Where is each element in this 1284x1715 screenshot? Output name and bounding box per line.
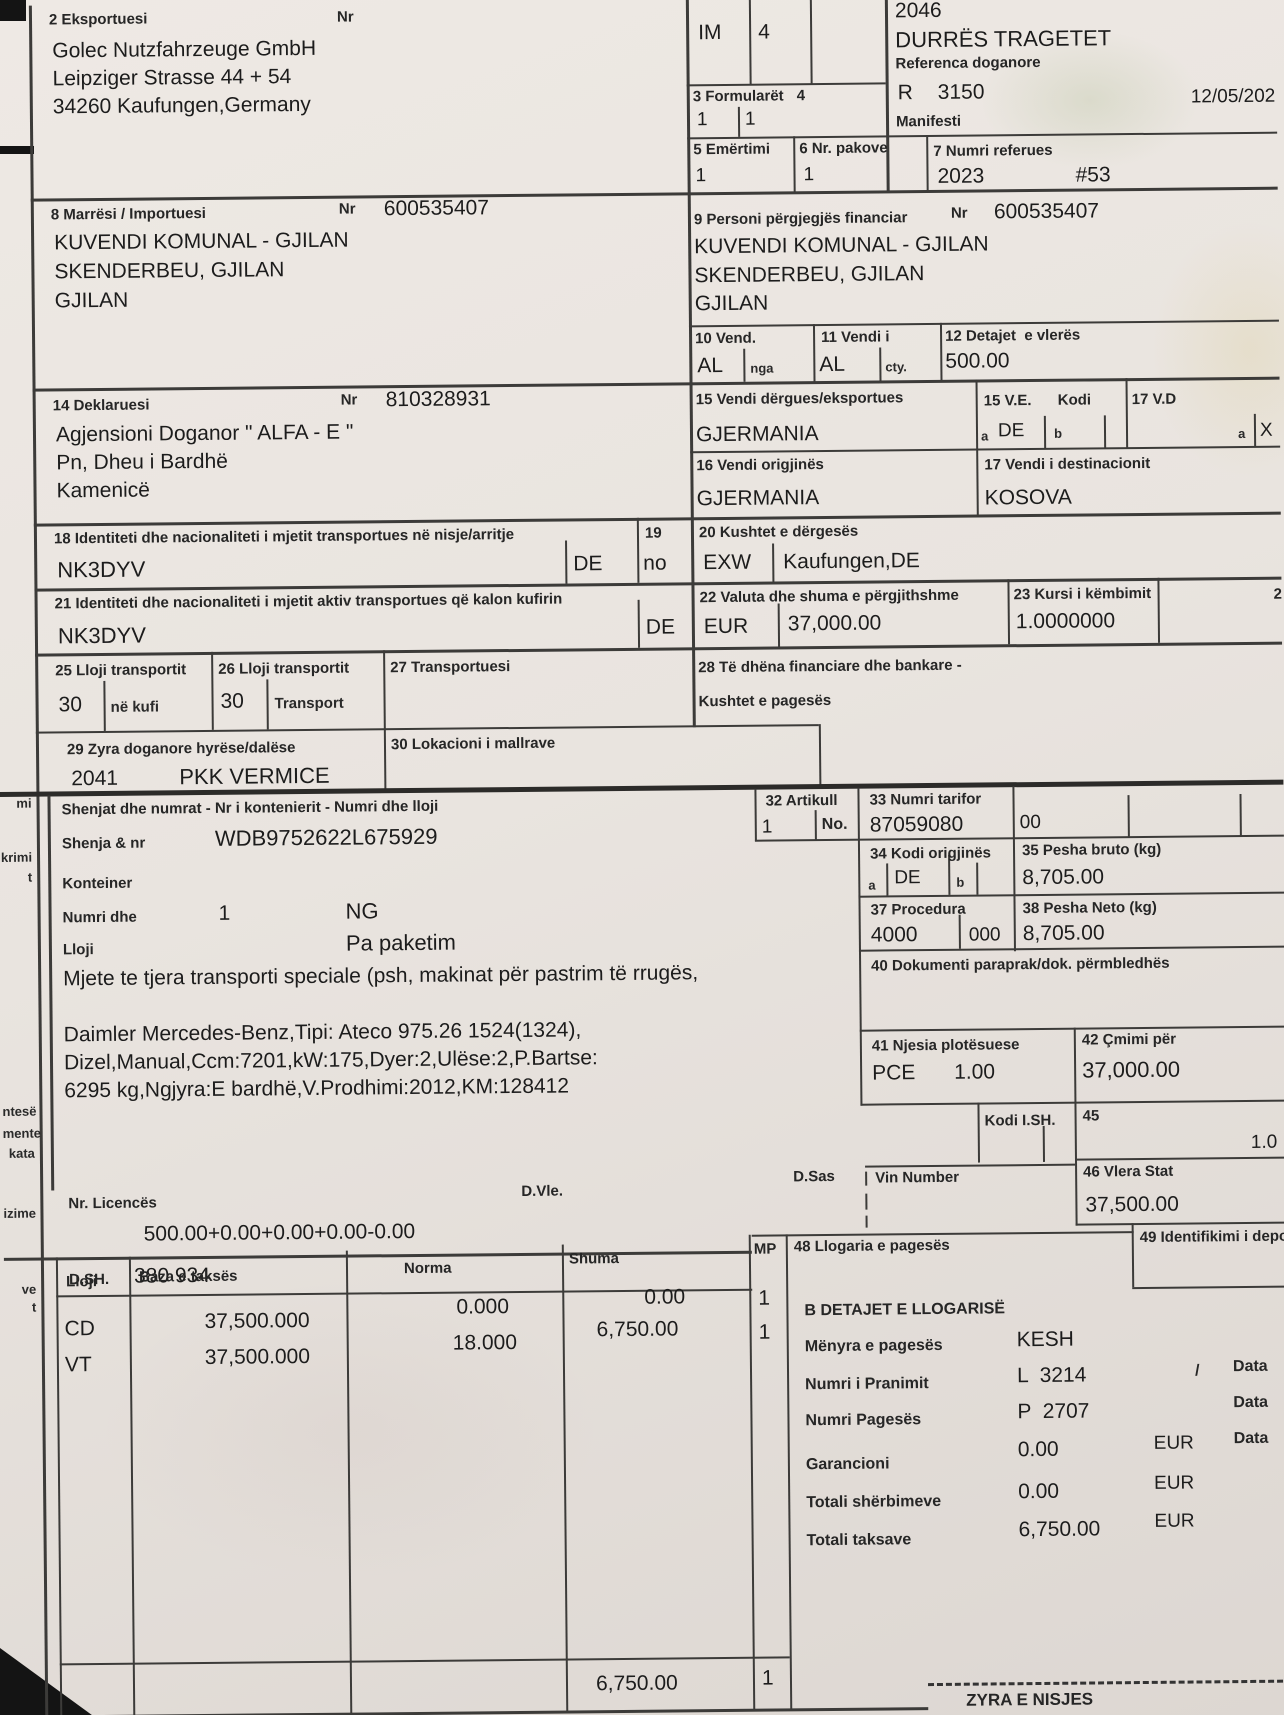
value-details: 500.00 bbox=[945, 349, 1009, 374]
supplementary-qty: 1.00 bbox=[954, 1060, 995, 1084]
tax-row-type: CD bbox=[64, 1317, 95, 1341]
kind-label: Lloji bbox=[63, 941, 94, 958]
grid-tick bbox=[976, 863, 978, 895]
box3-value1: 1 bbox=[697, 109, 708, 131]
box5-value: 1 bbox=[695, 165, 706, 187]
grid-line bbox=[976, 380, 979, 450]
box23-label: 23 Kursi i këmbimit bbox=[1013, 585, 1151, 603]
box16-label: 16 Vendi origjinës bbox=[696, 456, 824, 474]
grid-line bbox=[1007, 579, 1010, 644]
financial-party-street: SKENDERBEU, GJILAN bbox=[694, 262, 924, 288]
grid-line bbox=[976, 449, 979, 515]
tax-row-rate: 18.000 bbox=[453, 1331, 517, 1356]
dvle-label: D.Vle. bbox=[521, 1183, 563, 1200]
departure-dashed-line bbox=[928, 1680, 1284, 1686]
box11-label: 11 Vendi i bbox=[821, 328, 890, 346]
currency-code: EUR bbox=[704, 615, 749, 639]
bdetails-title: B DETAJET E LLOGARISË bbox=[804, 1300, 1005, 1320]
box24-edge-fragment: 2 bbox=[1273, 586, 1282, 603]
box11-suffix: cty. bbox=[885, 359, 907, 374]
box48-label: 48 Llogaria e pagesës bbox=[794, 1237, 950, 1255]
kodi-ish-label: Kodi I.SH. bbox=[985, 1112, 1056, 1130]
grid-line bbox=[33, 377, 1280, 392]
grid-tick bbox=[772, 544, 774, 582]
office-code: 2046 bbox=[895, 0, 942, 23]
origin-country: GJERMANIA bbox=[697, 486, 820, 511]
grid-line bbox=[1157, 578, 1160, 643]
goods-description-4: 6295 kg,Ngjyra:E bardhë,V.Prodhimi:2012,… bbox=[64, 1075, 569, 1104]
box32-no-label: No. bbox=[822, 816, 848, 834]
box21-label: 21 Identiteti dhe nacionaliteti i mjetit… bbox=[55, 591, 563, 613]
payment-method-label: Mënyra e pagesës bbox=[805, 1337, 943, 1356]
grid-tick bbox=[865, 1194, 867, 1210]
box6-label: 6 Nr. pakove bbox=[799, 139, 888, 157]
number-label: Numri dhe bbox=[63, 909, 137, 927]
active-transport-nationality: DE bbox=[646, 615, 675, 639]
package-kind: Pa paketim bbox=[346, 930, 456, 957]
grid-tick bbox=[865, 1172, 867, 1186]
box2-nr-label: Nr bbox=[337, 9, 354, 26]
box17vd-a-value: X bbox=[1260, 420, 1273, 442]
dsas-label: D.Sas bbox=[793, 1168, 835, 1185]
box7-value: 2023 bbox=[937, 164, 984, 188]
grid-tick bbox=[1239, 794, 1241, 836]
gross-weight: 8,705.00 bbox=[1022, 865, 1104, 890]
box34-a-label: a bbox=[868, 878, 875, 893]
mp-label: MP bbox=[754, 1241, 777, 1258]
grid-line bbox=[56, 1257, 62, 1715]
grid-line bbox=[47, 795, 54, 1190]
box7-label: 7 Numri referues bbox=[933, 142, 1052, 160]
grid-tick bbox=[638, 600, 640, 648]
grid-line bbox=[755, 835, 1284, 842]
net-weight: 8,705.00 bbox=[1023, 921, 1105, 946]
grid-line bbox=[35, 642, 1282, 657]
box46-label: 46 Vlera Stat bbox=[1083, 1163, 1173, 1181]
tax-row-amount: 0.00 bbox=[644, 1285, 685, 1309]
box40-label: 40 Dokumenti paraprak/dok. përmbledhës bbox=[871, 955, 1170, 975]
box19-label: 19 bbox=[645, 525, 662, 542]
grid-tick bbox=[866, 1216, 868, 1228]
declaration-form: 2 Eksportuesi Nr Golec Nutzfahrzeuge Gmb… bbox=[0, 0, 1284, 1715]
active-transport-identity: NK3DYV bbox=[58, 623, 146, 650]
dispatch-country: GJERMANIA bbox=[696, 422, 819, 447]
exporter-street: Leipziger Strasse 44 + 54 bbox=[52, 65, 291, 91]
box49-label: 49 Identifikimi i depo bbox=[1140, 1228, 1284, 1246]
box19-value: no bbox=[643, 552, 667, 576]
box17vd-a-label: a bbox=[1238, 426, 1245, 441]
total-amount: 37,000.00 bbox=[788, 611, 882, 636]
grid-line bbox=[690, 446, 1280, 454]
tariff-code: 87059080 bbox=[870, 813, 964, 838]
statistical-value: 37,500.00 bbox=[1085, 1193, 1179, 1218]
box15ve-a-value: DE bbox=[998, 420, 1025, 442]
box10-suffix: nga bbox=[750, 361, 773, 376]
box6-value: 1 bbox=[803, 164, 814, 186]
grid-line bbox=[1132, 1286, 1284, 1289]
grid-tick bbox=[778, 603, 780, 646]
box17-label: 17 Vendi i destinacionit bbox=[984, 455, 1150, 474]
receipt-number-value: L 3214 bbox=[1017, 1364, 1087, 1389]
box8-label: 8 Marrësi / Importuesi bbox=[51, 205, 206, 223]
box15-label: 15 Vendi dërgues/eksportues bbox=[696, 389, 904, 408]
box42-label: 42 Çmimi për bbox=[1082, 1031, 1176, 1049]
guarantee-date-label: Data bbox=[1234, 1430, 1269, 1448]
customs-declaration-photo: 2 Eksportuesi Nr Golec Nutzfahrzeuge Gmb… bbox=[0, 0, 1284, 1715]
grid-tick bbox=[1104, 415, 1106, 448]
importer-street: SKENDERBEU, GJILAN bbox=[54, 258, 284, 284]
box26-text: Transport bbox=[274, 695, 343, 713]
box17vd-label: 17 V.D bbox=[1132, 391, 1177, 408]
declarant-street: Pn, Dheu i Bardhë bbox=[56, 450, 228, 476]
reference-number: 3150 bbox=[938, 80, 985, 104]
grid-line bbox=[885, 0, 890, 191]
grid-line bbox=[562, 1245, 568, 1713]
box18-label: 18 Identiteti dhe nacionaliteti i mjetit… bbox=[54, 526, 514, 547]
margin-fragment: krimi bbox=[0, 850, 32, 865]
container-mark: WDB9752622L675929 bbox=[215, 824, 438, 852]
box3-label: 3 Formularët bbox=[693, 87, 784, 105]
financial-party-id: 600535407 bbox=[994, 199, 1099, 224]
procedure-code: 4000 bbox=[871, 923, 918, 947]
box20-label: 20 Kushtet e dërgesës bbox=[699, 523, 858, 542]
exporter-name: Golec Nutzfahrzeuge GmbH bbox=[52, 37, 316, 64]
vin-label: Vin Number bbox=[875, 1169, 959, 1187]
receipt-separator: / bbox=[1195, 1362, 1200, 1380]
payment-date-label: Data bbox=[1233, 1394, 1268, 1412]
customs-reference-label: Referenca doganore bbox=[895, 54, 1040, 72]
tax-col-baza: Baza e taksës bbox=[139, 1268, 238, 1286]
license-value: 500.00+0.00+0.00+0.00-0.00 bbox=[144, 1220, 416, 1247]
grid-line bbox=[45, 1707, 928, 1715]
declarant-name: Agjensioni Doganor " ALFA - E " bbox=[56, 421, 354, 448]
margin-fragment: izime bbox=[3, 1206, 35, 1221]
box15ve-label: 15 V.E. bbox=[984, 392, 1032, 409]
box38-label: 38 Pesha Neto (kg) bbox=[1022, 899, 1156, 917]
grid-line bbox=[1075, 1157, 1284, 1161]
grid-line bbox=[1076, 1222, 1284, 1226]
tariff-subcode: 00 bbox=[1020, 812, 1041, 834]
taxes-total-value: 6,750.00 bbox=[1018, 1517, 1100, 1542]
box25-label: 25 Lloji transportit bbox=[55, 661, 186, 679]
box30-label: 30 Lokacioni i mallrave bbox=[391, 735, 555, 754]
grid-line bbox=[813, 324, 816, 382]
grid-line bbox=[857, 788, 862, 1106]
grid-tick bbox=[565, 540, 567, 583]
services-total-value: 0.00 bbox=[1018, 1480, 1059, 1504]
importer-id: 600535407 bbox=[384, 196, 489, 221]
box15ve-a-label: a bbox=[981, 428, 988, 443]
taxes-total-label: Totali taksave bbox=[807, 1531, 912, 1550]
entry-office-code: 2041 bbox=[71, 767, 118, 791]
receipt-number-label: Numri i Pranimit bbox=[805, 1375, 929, 1394]
grid-line bbox=[686, 0, 696, 727]
box26-code: 30 bbox=[220, 690, 244, 714]
box29-label: 29 Zyra doganore hyrëse/dalëse bbox=[67, 739, 296, 758]
box35-label: 35 Pesha bruto (kg) bbox=[1022, 841, 1161, 859]
box15ve-kodi-label: Kodi bbox=[1058, 391, 1091, 408]
financial-party-city: GJILAN bbox=[695, 292, 769, 317]
services-total-currency: EUR bbox=[1154, 1473, 1194, 1495]
box9-label: 9 Personi përgjegjës financiar bbox=[694, 209, 908, 228]
box41-label: 41 Njesia plotësuese bbox=[872, 1036, 1020, 1054]
grid-tick bbox=[1127, 795, 1129, 837]
manifest-label: Manifesti bbox=[896, 113, 961, 131]
tax-row-rate: 0.000 bbox=[456, 1295, 509, 1320]
destination-country: KOSOVA bbox=[985, 486, 1072, 511]
margin-fragment: mente bbox=[3, 1126, 35, 1141]
grid-line bbox=[754, 789, 756, 841]
grid-line bbox=[819, 724, 822, 786]
package-count: 1 bbox=[218, 902, 230, 926]
box45-label: 45 bbox=[1082, 1107, 1099, 1124]
tax-row-type: VT bbox=[65, 1353, 92, 1377]
box37-label: 37 Procedura bbox=[871, 901, 966, 919]
transport-nationality: DE bbox=[573, 552, 602, 576]
declaration-copies: 4 bbox=[758, 21, 770, 45]
grid-line bbox=[129, 1257, 135, 1715]
box28-label2: Kushtet e pagesës bbox=[698, 692, 831, 710]
item-number: 1 bbox=[762, 817, 773, 839]
delivery-place: Kaufungen,DE bbox=[783, 549, 920, 574]
box10-label: 10 Vend. bbox=[695, 330, 756, 348]
goods-description-2: Daimler Mercedes-Benz,Tipi: Ateco 975.26… bbox=[64, 1018, 582, 1047]
reference-date: 12/05/202 bbox=[1191, 86, 1276, 109]
transport-identity: NK3DYV bbox=[57, 557, 145, 584]
box14-nr-label: Nr bbox=[341, 392, 358, 409]
tax-col-norma: Norma bbox=[404, 1260, 452, 1277]
grid-tick bbox=[743, 349, 745, 382]
grid-line bbox=[689, 320, 1279, 328]
grid-line bbox=[926, 135, 929, 191]
package-code: NG bbox=[345, 898, 378, 924]
goods-description-3: Dizel,Manual,Ccm:7201,kW:175,Dyer:2,Ulës… bbox=[64, 1046, 598, 1075]
grid-line bbox=[383, 650, 386, 790]
grid-line bbox=[1125, 378, 1128, 448]
importer-city: GJILAN bbox=[55, 289, 129, 314]
tax-row-mp: 1 bbox=[759, 1321, 771, 1345]
grid-line bbox=[786, 1234, 793, 1710]
payment-number-label: Numri Pagesës bbox=[805, 1411, 921, 1430]
box14-label: 14 Deklaruesi bbox=[53, 396, 150, 414]
box2-label: 2 Eksportuesi bbox=[49, 10, 148, 28]
delivery-term: EXW bbox=[703, 551, 751, 575]
grid-line bbox=[346, 1251, 352, 1715]
procedure-subcode: 000 bbox=[969, 924, 1001, 946]
box32-label: 32 Artikull bbox=[765, 792, 837, 810]
box28-label: 28 Të dhëna financiare dhe bankare - bbox=[698, 657, 962, 677]
goods-description-1: Mjete te tjera transporti speciale (psh,… bbox=[63, 961, 698, 991]
grid-line bbox=[859, 946, 1284, 952]
services-total-label: Totali shërbimeve bbox=[806, 1493, 941, 1512]
grid-line bbox=[940, 323, 943, 381]
tax-row-mp: 1 bbox=[758, 1287, 770, 1311]
grid-tick bbox=[1043, 1126, 1045, 1162]
importer-name: KUVENDI KOMUNAL - GJILAN bbox=[54, 229, 349, 256]
item-price: 37,000.00 bbox=[1082, 1057, 1180, 1084]
exchange-rate: 1.0000000 bbox=[1016, 609, 1116, 634]
financial-party-name: KUVENDI KOMUNAL - GJILAN bbox=[694, 232, 989, 259]
box11-value: AL bbox=[819, 353, 845, 377]
office-name: DURRËS TRAGETET bbox=[895, 25, 1111, 53]
grid-line bbox=[977, 1103, 980, 1163]
grid-line bbox=[60, 1656, 790, 1665]
grid-line bbox=[860, 1026, 1284, 1032]
grid-tick bbox=[879, 347, 881, 380]
box25-code: 30 bbox=[58, 693, 82, 717]
grid-tick bbox=[1254, 414, 1256, 447]
receipt-date-label: Data bbox=[1233, 1358, 1268, 1376]
payment-method-value: KESH bbox=[1017, 1328, 1074, 1353]
margin-fragment: t bbox=[0, 870, 32, 885]
grid-line bbox=[749, 0, 752, 85]
grid-line bbox=[865, 1164, 1075, 1168]
grid-line bbox=[858, 892, 1284, 898]
margin-fragment: ntesë bbox=[2, 1104, 34, 1119]
box3-value2: 1 bbox=[745, 109, 756, 131]
tax-total-mp: 1 bbox=[762, 1667, 774, 1691]
declaration-type: IM bbox=[698, 21, 722, 45]
grid-tick bbox=[886, 863, 888, 895]
box25-text: në kufi bbox=[111, 698, 160, 715]
grid-line bbox=[810, 0, 813, 84]
box7-value2: #53 bbox=[1075, 163, 1110, 187]
guarantee-currency: EUR bbox=[1154, 1433, 1194, 1455]
grid-line bbox=[793, 136, 796, 192]
grid-line bbox=[687, 82, 886, 86]
payment-number-value: P 2707 bbox=[1017, 1400, 1089, 1425]
entry-office-name: PKK VERMICE bbox=[179, 763, 330, 790]
guarantee-value: 0.00 bbox=[1018, 1438, 1059, 1462]
grid-line bbox=[1012, 786, 1014, 838]
grid-line bbox=[687, 132, 1277, 140]
grid-tick bbox=[1044, 416, 1046, 449]
grid-line bbox=[1074, 1028, 1078, 1226]
mark-label: Shenja & nr bbox=[62, 835, 146, 853]
grid-tick bbox=[266, 679, 268, 729]
box10-value: AL bbox=[697, 354, 723, 378]
tax-row-base: 37,500.000 bbox=[204, 1309, 309, 1334]
grid-line bbox=[752, 1231, 1134, 1237]
grid-line bbox=[36, 724, 819, 734]
departure-office-label: ZYRA E NISJES bbox=[966, 1689, 1093, 1710]
grid-tick bbox=[103, 681, 105, 731]
container-label: Konteiner bbox=[62, 875, 132, 893]
grid-line bbox=[4, 1251, 752, 1261]
tax-col-lloji: Lloji bbox=[66, 1273, 97, 1290]
taxes-total-currency: EUR bbox=[1154, 1511, 1194, 1533]
box8-nr-label: Nr bbox=[339, 201, 356, 218]
margin-fragment: mi bbox=[0, 796, 32, 811]
grid-line bbox=[738, 107, 740, 137]
license-label: Nr. Licencës bbox=[68, 1194, 157, 1212]
goods-header: Shenjat dhe numrat - Nr i kontenierit - … bbox=[62, 798, 439, 819]
grid-line bbox=[637, 518, 640, 583]
grid-line bbox=[749, 1235, 756, 1711]
box27-label: 27 Transportuesi bbox=[390, 658, 510, 676]
box9-nr-label: Nr bbox=[951, 205, 968, 222]
grid-line bbox=[211, 652, 214, 730]
margin-fragment: kata bbox=[3, 1146, 35, 1161]
guarantee-label: Garancioni bbox=[806, 1455, 890, 1474]
tax-total-amount: 6,750.00 bbox=[596, 1671, 678, 1696]
reference-prefix: R bbox=[898, 81, 913, 105]
box22-label: 22 Valuta dhe shuma e përgjithshme bbox=[700, 587, 959, 606]
supplementary-unit: PCE bbox=[872, 1061, 915, 1085]
margin-fragment: ve bbox=[4, 1282, 36, 1297]
box34-label: 34 Kodi origjinës bbox=[870, 844, 991, 862]
tax-row-amount: 6,750.00 bbox=[596, 1317, 678, 1342]
grid-tick bbox=[815, 810, 817, 840]
box26-label: 26 Lloji transportit bbox=[218, 660, 349, 678]
box33-label: 33 Numri tarifor bbox=[869, 791, 981, 809]
grid-tick bbox=[959, 915, 961, 949]
exporter-city: 34260 Kaufungen,Germany bbox=[53, 93, 311, 119]
origin-code: DE bbox=[894, 867, 921, 889]
box45-value: 1.0 bbox=[1251, 1132, 1278, 1154]
box3-label2: 4 bbox=[797, 87, 806, 104]
box15ve-b-label: b bbox=[1054, 426, 1062, 441]
declarant-city: Kamenicë bbox=[56, 478, 150, 503]
box5-label: 5 Emërtimi bbox=[693, 141, 770, 159]
tax-col-shuma: Shuma bbox=[569, 1250, 619, 1267]
box12-label: 12 Detajet e vlerës bbox=[945, 327, 1080, 345]
tax-row-base: 37,500.000 bbox=[205, 1345, 310, 1370]
box34-b-label: b bbox=[956, 875, 964, 890]
grid-line bbox=[860, 1100, 1284, 1106]
declarant-id: 810328931 bbox=[386, 387, 491, 412]
margin-fragment: t bbox=[4, 1300, 36, 1315]
